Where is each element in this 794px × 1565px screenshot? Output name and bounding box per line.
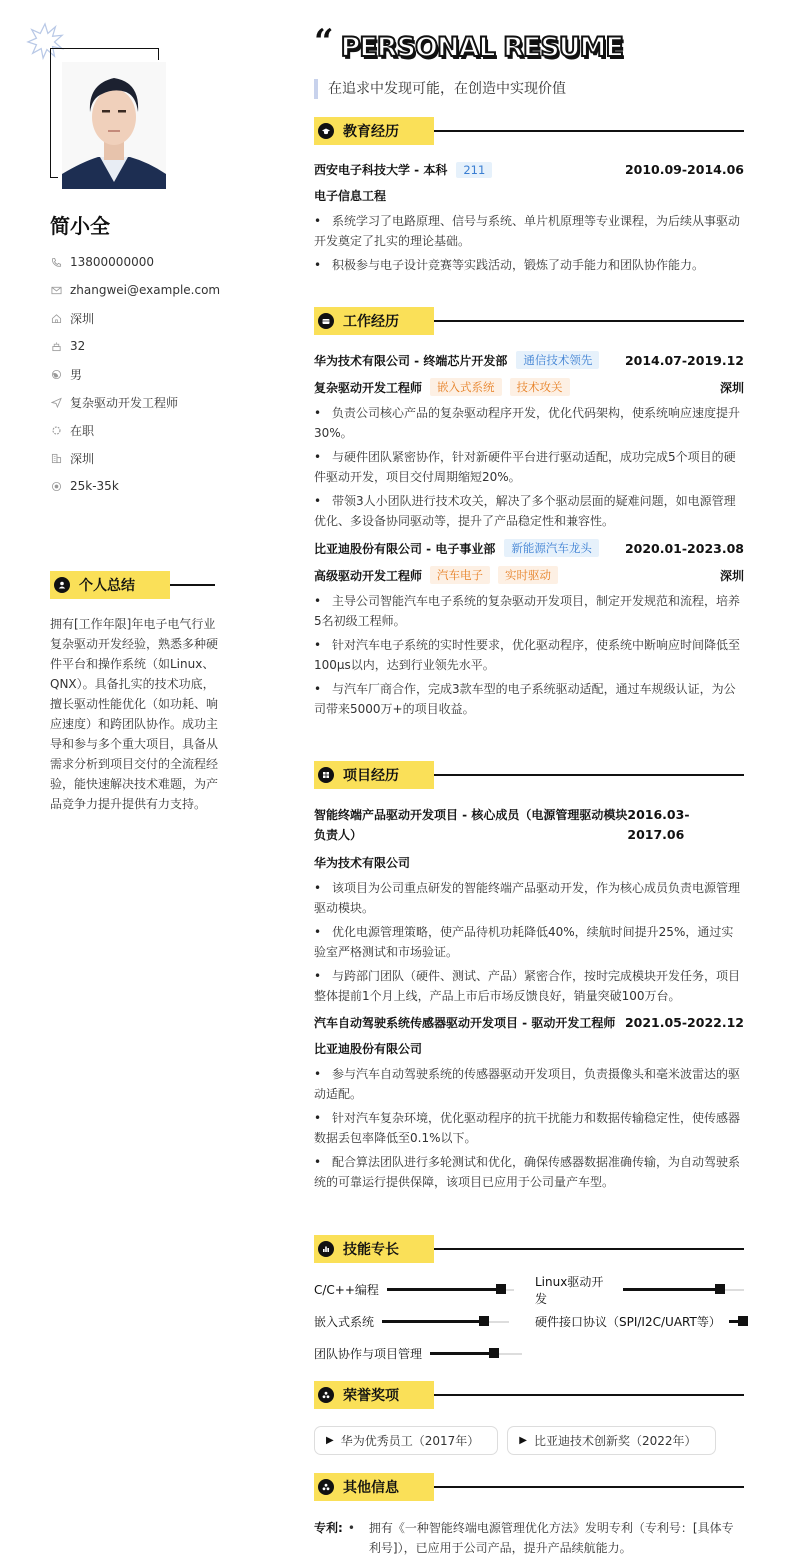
- list-item: 针对汽车复杂环境，优化驱动程序的抗干扰能力和数据传输稳定性，使传感器数据丢包率降…: [314, 1108, 744, 1148]
- project-company: 比亚迪股份有限公司: [314, 1040, 744, 1057]
- skill-level-bar: [729, 1321, 743, 1323]
- other-title: 其他信息: [343, 1477, 399, 1497]
- info-phone: 13800000000: [50, 248, 250, 276]
- hometown-value: 深圳: [70, 310, 94, 327]
- info-salary: 25k-35k: [50, 472, 250, 500]
- summary-title: 个人总结: [79, 575, 135, 595]
- section-divider: [434, 130, 744, 131]
- skill-item: 硬件接口协议（SPI/I2C/UART等）: [535, 1312, 744, 1331]
- job-role: 高级驱动开发工程师: [314, 567, 422, 584]
- phone-icon: [50, 256, 62, 268]
- awards-list: ▶ 华为优秀员工（2017年） ▶ 比亚迪技术创新奖（2022年）: [314, 1426, 744, 1455]
- grid-icon: [318, 767, 334, 783]
- award-item: ▶ 华为优秀员工（2017年）: [314, 1426, 498, 1455]
- info-email: zhangwei@example.com: [50, 276, 250, 304]
- list-item: 带领3人小团队进行技术攻关，解决了多个驱动层面的疑难问题，如电源管理优化、多设备…: [314, 491, 744, 531]
- home-icon: [50, 312, 62, 324]
- building-icon: [50, 452, 62, 464]
- skill-item: 团队协作与项目管理: [314, 1344, 535, 1363]
- education-section: 教育经历 西安电子科技大学 - 本科 211 2010.09-2014.06 电…: [314, 117, 744, 279]
- triangle-right-icon: ▶: [519, 1435, 527, 1446]
- list-item: 针对汽车电子系统的实时性要求，优化驱动程序，使系统中断响应时间降低至100µs以…: [314, 635, 744, 675]
- section-divider: [434, 320, 744, 321]
- summary-section-header: 个人总结: [50, 571, 215, 599]
- triangle-right-icon: ▶: [326, 1435, 334, 1446]
- project-name: 汽车自动驾驶系统传感器驱动开发项目 - 驱动开发工程师: [314, 1014, 615, 1031]
- section-divider: [434, 1394, 744, 1395]
- list-item: 系统学习了电路原理、信号与系统、单片机原理等专业课程，为后续从事驱动开发奠定了扎…: [314, 211, 744, 251]
- job-entry: 比亚迪股份有限公司 - 电子事业部 新能源汽车龙头 2020.01-2023.0…: [314, 539, 744, 719]
- projects-section-header: 项目经历: [314, 761, 744, 789]
- job-location: 深圳: [720, 379, 744, 396]
- other-section: 其他信息 专利: • 拥有《一种智能终端电源管理优化方法》发明专利（专利号：[具…: [314, 1473, 744, 1558]
- quote-mark-icon: “: [314, 28, 331, 56]
- other-section-header: 其他信息: [314, 1473, 744, 1501]
- graduation-cap-icon: [318, 123, 334, 139]
- skill-level-bar: [387, 1289, 514, 1291]
- age-value: 32: [70, 339, 85, 353]
- role-tag: 嵌入式系统: [430, 378, 502, 396]
- candidate-name: 简小全: [50, 210, 110, 239]
- job-role: 复杂驱动开发工程师: [314, 379, 422, 396]
- info-icon: [318, 1479, 334, 1495]
- section-divider: [434, 774, 744, 775]
- project-entry: 汽车自动驾驶系统传感器驱动开发项目 - 驱动开发工程师 2021.05-2022…: [314, 1014, 744, 1192]
- projects-title: 项目经历: [343, 765, 399, 785]
- skill-level-bar: [623, 1289, 744, 1291]
- company-name: 比亚迪股份有限公司 - 电子事业部: [314, 540, 495, 557]
- company-name: 华为技术有限公司 - 终端芯片开发部: [314, 352, 507, 369]
- honors-title: 荣誉奖项: [343, 1385, 399, 1405]
- skills-section-header: 技能专长: [314, 1235, 744, 1263]
- school-name: 西安电子科技大学 - 本科: [314, 161, 447, 178]
- work-title: 工作经历: [343, 311, 399, 331]
- list-item: 与汽车厂商合作，完成3款车型的电子系统驱动适配，通过车规级认证，为公司带来500…: [314, 679, 744, 719]
- info-status: 在职: [50, 416, 250, 444]
- role-tag: 汽车电子: [430, 566, 490, 584]
- award-label: 比亚迪技术创新奖（2022年）: [534, 1432, 697, 1449]
- patent-label: 专利:: [314, 1518, 343, 1558]
- list-item: 主导公司智能汽车电子系统的复杂驱动开发项目，制定开发规范和流程，培养5名初级工程…: [314, 591, 744, 631]
- status-icon: [50, 424, 62, 436]
- major: 电子信息工程: [314, 187, 744, 204]
- job-target-value: 复杂驱动开发工程师: [70, 394, 178, 411]
- patent-row: 专利: • 拥有《一种智能终端电源管理优化方法》发明专利（专利号：[具体专利号]…: [314, 1518, 744, 1558]
- education-section-header: 教育经历: [314, 117, 744, 145]
- project-entry: 智能终端产品驱动开发项目 - 核心成员（电源管理驱动模块负责人） 2016.03…: [314, 805, 744, 1006]
- skill-item: Linux驱动开发: [535, 1280, 744, 1299]
- summary-text: 拥有[工作年限]年电子电气行业复杂驱动开发经验，熟悉多种硬件平台和操作系统（如L…: [50, 614, 218, 814]
- education-bullets: 系统学习了电路原理、信号与系统、单片机原理等专业课程，为后续从事驱动开发奠定了扎…: [314, 211, 744, 275]
- projects-section: 项目经历 智能终端产品驱动开发项目 - 核心成员（电源管理驱动模块负责人） 20…: [314, 761, 744, 1196]
- honors-section-header: 荣誉奖项: [314, 1381, 744, 1409]
- skill-name: Linux驱动开发: [535, 1273, 615, 1307]
- list-item: 积极参与电子设计竞赛等实践活动，锻炼了动手能力和团队协作能力。: [314, 255, 744, 275]
- info-job-target: 复杂驱动开发工程师: [50, 388, 250, 416]
- role-tag: 实时驱动: [498, 566, 558, 584]
- age-icon: [50, 340, 62, 352]
- work-section: 工作经历 华为技术有限公司 - 终端芯片开发部 通信技术领先 2014.07-2…: [314, 307, 744, 723]
- skill-level-bar: [382, 1321, 509, 1323]
- email-value: zhangwei@example.com: [70, 283, 220, 297]
- job-entry: 华为技术有限公司 - 终端芯片开发部 通信技术领先 2014.07-2019.1…: [314, 351, 744, 531]
- work-section-header: 工作经历: [314, 307, 744, 335]
- bar-chart-icon: [318, 1241, 334, 1257]
- education-title: 教育经历: [343, 121, 399, 141]
- list-item: 负责公司核心产品的复杂驱动程序开发，优化代码架构，使系统响应速度提升30%。: [314, 403, 744, 443]
- award-item: ▶ 比亚迪技术创新奖（2022年）: [507, 1426, 715, 1455]
- skill-level-bar: [430, 1353, 522, 1355]
- school-tag: 211: [456, 162, 492, 178]
- contact-info-list: 13800000000 zhangwei@example.com 深圳 32 男…: [50, 248, 250, 500]
- user-icon: [54, 577, 70, 593]
- patent-text: 拥有《一种智能终端电源管理优化方法》发明专利（专利号：[具体专利号]），已应用于…: [363, 1518, 744, 1558]
- list-item: 与跨部门团队（硬件、测试、产品）紧密合作，按时完成模块开发任务，项目整体提前1个…: [314, 966, 744, 1006]
- work-city-value: 深圳: [70, 450, 94, 467]
- salary-icon: [50, 480, 62, 492]
- list-item: 配合算法团队进行多轮测试和优化，确保传感器数据准确传输，为自动驾驶系统的可靠运行…: [314, 1152, 744, 1192]
- award-icon: [318, 1387, 334, 1403]
- role-tag: 技术攻关: [510, 378, 570, 396]
- project-date: 2021.05-2022.12: [625, 1015, 744, 1030]
- skill-name: 硬件接口协议（SPI/I2C/UART等）: [535, 1313, 721, 1330]
- project-company: 华为技术有限公司: [314, 854, 744, 871]
- skill-item: C/C++编程: [314, 1280, 535, 1299]
- gender-icon: [50, 368, 62, 380]
- section-divider: [170, 584, 215, 585]
- job-date: 2014.07-2019.12: [625, 353, 744, 368]
- skill-item: 嵌入式系统: [314, 1312, 535, 1331]
- company-tag: 通信技术领先: [516, 351, 599, 369]
- list-item: 与硬件团队紧密协作，针对新硬件平台进行驱动适配，成功完成5个项目的硬件驱动开发，…: [314, 447, 744, 487]
- skill-name: 团队协作与项目管理: [314, 1345, 422, 1362]
- list-item: 参与汽车自动驾驶系统的传感器驱动开发项目，负责摄像头和毫米波雷达的驱动适配。: [314, 1064, 744, 1104]
- section-divider: [434, 1486, 744, 1487]
- resume-title-text: PERSONAL RESUME: [341, 32, 623, 63]
- project-name: 智能终端产品驱动开发项目 - 核心成员（电源管理驱动模块负责人）: [314, 805, 627, 845]
- gender-value: 男: [70, 366, 82, 383]
- salary-value: 25k-35k: [70, 479, 119, 493]
- info-hometown: 深圳: [50, 304, 250, 332]
- info-work-city: 深圳: [50, 444, 250, 472]
- status-value: 在职: [70, 422, 94, 439]
- skills-section: 技能专长 C/C++编程 Linux驱动开发 嵌入式系统 硬件接口协议（SPI/…: [314, 1235, 744, 1363]
- company-tag: 新能源汽车龙头: [504, 539, 599, 557]
- send-icon: [50, 396, 62, 408]
- honors-section: 荣誉奖项 ▶ 华为优秀员工（2017年） ▶ 比亚迪技术创新奖（2022年）: [314, 1381, 744, 1455]
- job-location: 深圳: [720, 567, 744, 584]
- job-date: 2020.01-2023.08: [625, 541, 744, 556]
- avatar-photo: [62, 62, 166, 189]
- education-entry-header: 西安电子科技大学 - 本科 211 2010.09-2014.06: [314, 161, 744, 178]
- skills-title: 技能专长: [343, 1239, 399, 1259]
- info-gender: 男: [50, 360, 250, 388]
- phone-value: 13800000000: [70, 255, 154, 269]
- skill-name: C/C++编程: [314, 1281, 379, 1298]
- mail-icon: [50, 284, 62, 296]
- resume-title: “ PERSONAL RESUME: [314, 28, 623, 72]
- list-item: 该项目为公司重点研发的智能终端产品驱动开发，作为核心成员负责电源管理驱动模块。: [314, 878, 744, 918]
- info-age: 32: [50, 332, 250, 360]
- project-date: 2016.03-2017.06: [627, 805, 744, 845]
- briefcase-icon: [318, 313, 334, 329]
- skill-name: 嵌入式系统: [314, 1313, 374, 1330]
- motto: 在追求中发现可能，在创造中实现价值: [314, 79, 566, 99]
- list-item: 优化电源管理策略，使产品待机功耗降低40%，续航时间提升25%，通过实验室严格测…: [314, 922, 744, 962]
- section-divider: [434, 1248, 744, 1249]
- award-label: 华为优秀员工（2017年）: [341, 1432, 480, 1449]
- skills-grid: C/C++编程 Linux驱动开发 嵌入式系统 硬件接口协议（SPI/I2C/U…: [314, 1280, 744, 1363]
- education-date: 2010.09-2014.06: [625, 162, 744, 177]
